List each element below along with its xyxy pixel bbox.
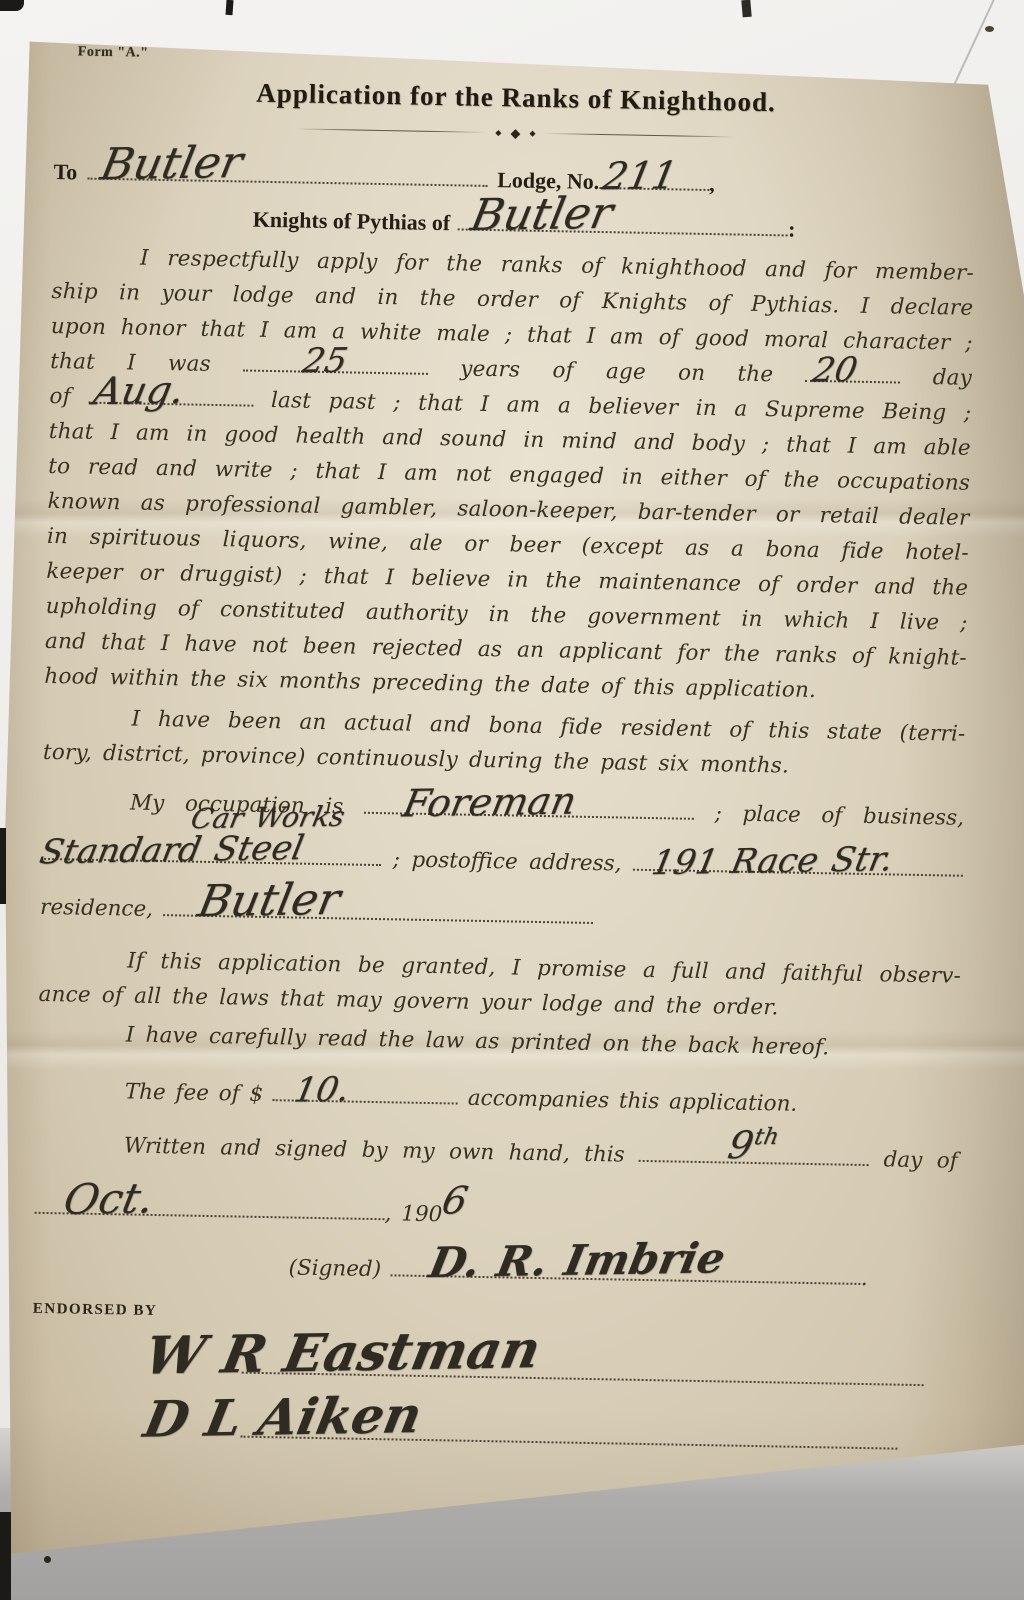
signing-day-blank: 9th xyxy=(639,1138,869,1166)
kop-place-blank: Butler xyxy=(458,206,788,236)
top-edge-mark xyxy=(741,0,751,17)
left-edge-mark xyxy=(0,828,6,904)
application-form-paper: Form "A." Application for the Ranks of K… xyxy=(0,0,1024,1600)
form-content: Form "A." Application for the Ranks of K… xyxy=(30,44,978,1461)
residency-paragraph: I have been an actual and bona fide resi… xyxy=(43,700,966,787)
handwritten-residence: Butler xyxy=(194,878,343,924)
occupation-block: My occupation is Foreman ; place of busi… xyxy=(40,776,965,953)
document-title: Application for the Ranks of Knighthood. xyxy=(55,74,977,122)
residence-blank: Butler xyxy=(163,893,593,924)
month-blank: Aug. xyxy=(88,380,253,407)
signature-period: . xyxy=(861,1266,868,1291)
signed-label: (Signed) xyxy=(288,1255,381,1282)
handwritten-business: Standard Steel xyxy=(37,831,307,869)
business-blank: Standard SteelCar Works xyxy=(41,836,381,866)
body-text: years of age on the xyxy=(460,356,773,387)
occupation-blank: Foreman xyxy=(364,790,694,820)
ornament-divider: ◆ ◆ ◆ xyxy=(295,122,735,143)
business-label: ; place of business, xyxy=(714,801,964,831)
applicant-signature: D. R. Imbrie xyxy=(426,1237,729,1284)
handwritten-age: 25 xyxy=(300,344,351,379)
lodge-comma: , xyxy=(709,171,715,197)
divider-rule xyxy=(295,128,486,132)
handwritten-signing-day: 9th xyxy=(725,1126,781,1165)
fee-blank: 10. xyxy=(273,1078,458,1105)
signing-lead: Written and signed by my own hand, this xyxy=(124,1133,625,1167)
declaration-paragraph: I respectfully apply for the ranks of kn… xyxy=(44,239,974,711)
to-label: To xyxy=(53,159,77,185)
handwritten-year-digit: 6 xyxy=(439,1181,471,1219)
diamond-ornament-icon: ◆ xyxy=(510,126,520,139)
handwritten-birth-month: Aug. xyxy=(90,371,187,410)
day-blank: 20 xyxy=(805,358,900,383)
handwritten-birth-day: 20 xyxy=(810,353,861,388)
knights-of-pythias-line: Knights of Pythias of Butler : xyxy=(53,199,975,246)
diamond-ornament-icon: ◆ xyxy=(495,129,501,137)
endorser-signature-row: D L Aiken xyxy=(240,1384,953,1461)
promise-paragraph: If this application be granted, I promis… xyxy=(38,942,962,1068)
handwritten-signing-month: Oct. xyxy=(60,1178,157,1221)
handwritten-address: 191 Race Str. xyxy=(649,842,896,880)
endorser-signature-1: W R Eastman xyxy=(141,1324,545,1382)
endorser-signature-2: D L Aiken xyxy=(140,1390,426,1444)
signature-blank: D. R. Imbrie xyxy=(391,1253,861,1285)
handwritten-lodge-name: Butler xyxy=(97,141,246,187)
fee-tail: accompanies this application. xyxy=(468,1086,798,1117)
signing-tail: day of xyxy=(883,1147,958,1173)
year-digit-slot: 6 xyxy=(442,1198,537,1223)
paper-corner-speck xyxy=(985,26,994,32)
bottom-left-dark-mark xyxy=(0,1512,11,1600)
corner-dark-mark xyxy=(0,0,24,11)
year-prefix: , 190 xyxy=(384,1201,442,1227)
handwritten-kop-place: Butler xyxy=(468,192,617,238)
address-blank: 191 Race Str. xyxy=(633,847,963,877)
signing-month-blank: Oct. xyxy=(35,1190,385,1220)
signing-day-suffix: th xyxy=(753,1124,782,1150)
ink-dot xyxy=(44,1556,51,1563)
lodge-name-blank: Butler xyxy=(87,156,487,187)
diamond-ornament-icon: ◆ xyxy=(529,129,535,137)
body-text: of xyxy=(49,384,71,409)
fee-label: The fee of $ xyxy=(125,1079,264,1107)
photographed-document-scene: Form "A." Application for the Ranks of K… xyxy=(0,0,1024,1600)
age-blank: 25 xyxy=(243,348,428,375)
handwritten-fee-amount: 10. xyxy=(292,1073,353,1108)
divider-rule xyxy=(545,133,736,137)
body-text: day xyxy=(932,365,972,391)
residence-label: residence, xyxy=(40,895,153,922)
knights-of-pythias-label: Knights of Pythias of xyxy=(253,207,451,237)
postoffice-address-label: ; postoffice address, xyxy=(392,847,621,876)
top-edge-mark xyxy=(225,0,233,15)
handwritten-occupation: Foreman xyxy=(400,782,580,823)
kop-colon: : xyxy=(788,216,796,242)
handwritten-business-insert: Car Works xyxy=(189,803,347,833)
